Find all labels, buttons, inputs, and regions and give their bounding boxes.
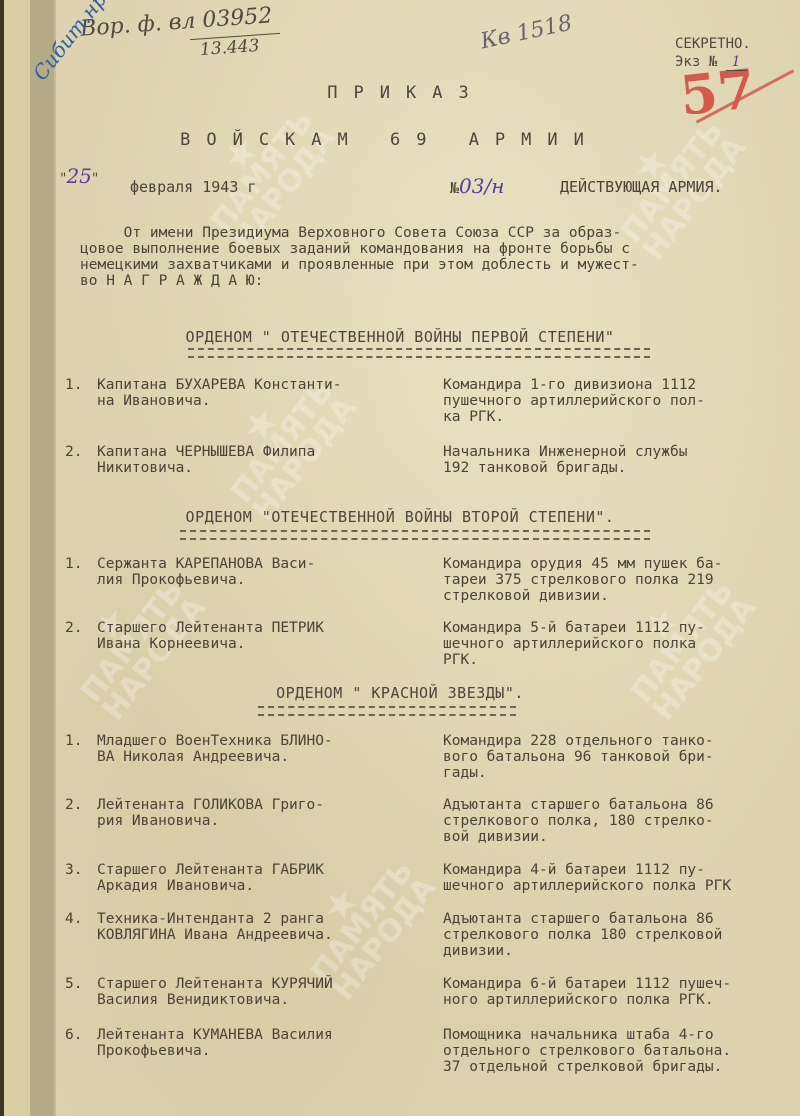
- entry-number: 4.: [65, 911, 82, 927]
- recipient-name: Старшего Лейтенанта ГАБРИК Аркадия Ивано…: [97, 862, 427, 894]
- recipient-position: Адъютанта старшего батальона 86 стрелков…: [443, 911, 793, 959]
- entry-number: 2.: [65, 620, 82, 636]
- date-day: "25": [60, 164, 98, 188]
- preamble-line: цовое выполнение боевых заданий командов…: [80, 241, 780, 257]
- date-row: "25" февраля 1943 г №03/н ДЕЙСТВУЮЩАЯ АР…: [60, 178, 780, 202]
- recipient-name: Капитана БУХАРЕВА Константи- на Иванович…: [97, 377, 427, 409]
- preamble-line: немецкими захватчиками и проявленные при…: [80, 257, 780, 273]
- document-subtitle: ВОЙСКАМ 69 АРМИИ: [0, 130, 790, 150]
- recipient-position: Командира 228 отдельного танко- вого бат…: [443, 733, 793, 781]
- secret-label: СЕКРЕТНО.: [675, 35, 751, 53]
- army-status: ДЕЙСТВУЮЩАЯ АРМИЯ.: [560, 178, 723, 196]
- entry-number: 6.: [65, 1027, 82, 1043]
- recipient-position: Начальника Инженерной службы 192 танково…: [443, 444, 793, 476]
- copy-number: 1: [726, 54, 747, 71]
- preamble-line: От имени Президиума Верховного Совета Со…: [80, 225, 780, 241]
- date-month-year: февраля 1943 г: [130, 178, 256, 196]
- binding-line: [54, 0, 56, 1116]
- recipient-position: Командира 5-й батареи 1112 пу- шечного а…: [443, 620, 793, 668]
- recipient-position: Командира орудия 45 мм пушек ба- тареи 3…: [443, 556, 793, 604]
- recipient-name: Старшего Лейтенанта ПЕТРИК Ивана Корнеев…: [97, 620, 427, 652]
- classification-block: СЕКРЕТНО. Экз № 1: [675, 35, 751, 71]
- heading-underline: [258, 706, 516, 716]
- entry-number: 5.: [65, 976, 82, 992]
- grey-pencil-note: Кв 1518: [478, 11, 574, 55]
- preamble-line: во Н А Г Р А Ж Д А Ю:: [80, 273, 780, 289]
- heading-underline: [180, 530, 650, 540]
- entry-number: 3.: [65, 862, 82, 878]
- entry-number: 2.: [65, 444, 82, 460]
- order-heading-patriotic-war-2nd: ОРДЕНОМ "ОТЕЧЕСТВЕННОЙ ВОЙНЫ ВТОРОЙ СТЕП…: [0, 508, 800, 526]
- recipient-name: Техника-Интенданта 2 ранга КОВЛЯГИНА Ива…: [97, 911, 427, 943]
- recipient-position: Командира 4-й батареи 1112 пу- шечного а…: [443, 862, 793, 894]
- entry-number: 1.: [65, 556, 82, 572]
- order-heading-patriotic-war-1st: ОРДЕНОМ " ОТЕЧЕСТВЕННОЙ ВОЙНЫ ПЕРВОЙ СТЕ…: [0, 328, 800, 346]
- recipient-position: Командира 6-й батареи 1112 пушеч- ного а…: [443, 976, 793, 1008]
- order-heading-red-star: ОРДЕНОМ " КРАСНОЙ ЗВЕЗДЫ".: [0, 684, 800, 702]
- entry-number: 1.: [65, 377, 82, 393]
- archive-fund-sub: 13.443: [199, 36, 260, 60]
- entry-number: 2.: [65, 797, 82, 813]
- recipient-name: Сержанта КАРЕПАНОВА Васи- лия Прокофьеви…: [97, 556, 427, 588]
- entry-number: 1.: [65, 733, 82, 749]
- heading-underline: [188, 348, 650, 358]
- recipient-name: Младшего ВоенТехника БЛИНО- ВА Николая А…: [97, 733, 427, 765]
- recipient-name: Лейтенанта КУМАНЕВА Василия Прокофьевича…: [97, 1027, 427, 1059]
- recipient-position: Адъютанта старшего батальона 86 стрелков…: [443, 797, 793, 845]
- document-title: ПРИКАЗ: [6, 83, 800, 103]
- recipient-name: Лейтенанта ГОЛИКОВА Григо- рия Ивановича…: [97, 797, 427, 829]
- order-number: №03/н: [450, 174, 504, 198]
- document-page: ★ПАМЯТЬНАРОДА ★ПАМЯТЬНАРОДА ★ПАМЯТЬНАРОД…: [0, 0, 800, 1116]
- copy-number-line: Экз № 1: [675, 53, 751, 71]
- star-icon: ★: [285, 839, 397, 971]
- binding-strip: [30, 0, 54, 1116]
- recipient-name: Старшего Лейтенанта КУРЯЧИЙ Василия Вени…: [97, 976, 427, 1008]
- preamble: От имени Президиума Верховного Совета Со…: [80, 225, 780, 289]
- recipient-name: Капитана ЧЕРНЫШЕВА Филипа Никитовича.: [97, 444, 427, 476]
- recipient-position: Помощника начальника штаба 4-го отдельно…: [443, 1027, 793, 1075]
- recipient-position: Командира 1-го дивизиона 1112 пушечного …: [443, 377, 793, 425]
- paper-margin: [4, 0, 30, 1116]
